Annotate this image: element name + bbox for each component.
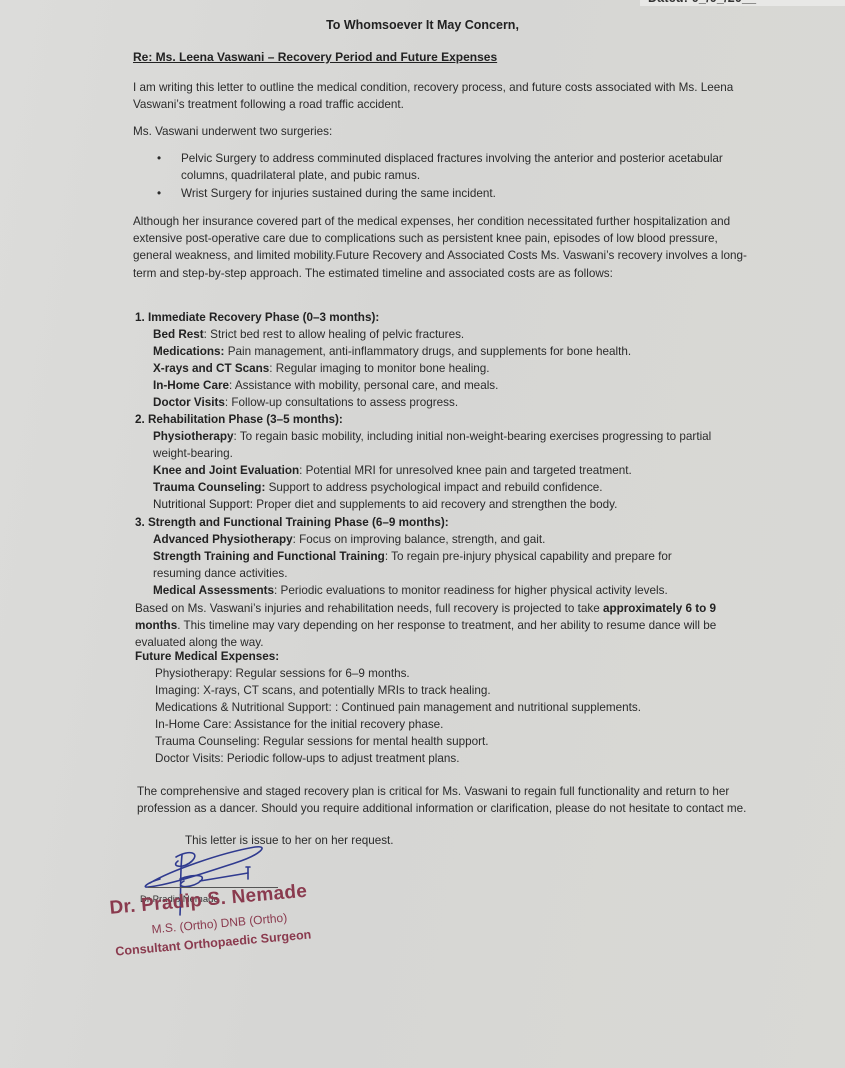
- stamp-title: Consultant Orthopaedic Surgeon: [115, 927, 312, 958]
- phase-item: Physiotherapy: To regain basic mobility,…: [135, 428, 755, 462]
- expense-item: Doctor Visits: Periodic follow-ups to ad…: [135, 750, 755, 767]
- item-text: Periodic evaluations to monitor readines…: [281, 584, 668, 597]
- item-text: Pain management, anti-inflammatory drugs…: [228, 345, 631, 358]
- item-label: Nutritional Support:: [153, 498, 253, 511]
- phase-2: 2. Rehabilitation Phase (3–5 months): Ph…: [135, 411, 755, 513]
- phase-item: Doctor Visits: Follow-up consultations t…: [135, 394, 755, 411]
- phase-item: Strength Training and Functional Trainin…: [135, 548, 755, 582]
- item-label: Strength Training and Functional Trainin…: [153, 550, 385, 563]
- phase-item: Trauma Counseling: Support to address ps…: [135, 479, 755, 496]
- phase-1: 1. Immediate Recovery Phase (0–3 months)…: [135, 309, 755, 411]
- phase-item: Medications: Pain management, anti-infla…: [135, 343, 755, 360]
- surgery-list: • Pelvic Surgery to address comminuted d…: [155, 150, 755, 203]
- item-text: Proper diet and supplements to aid recov…: [256, 498, 617, 511]
- item-label: Doctor Visits: [153, 396, 225, 409]
- item-label: Medical Assessments: [153, 584, 274, 597]
- expense-item: Imaging: X-rays, CT scans, and potential…: [135, 682, 755, 699]
- phase-item: X-rays and CT Scans: Regular imaging to …: [135, 360, 755, 377]
- phase-title: 3. Strength and Functional Training Phas…: [135, 514, 755, 531]
- subject-line: Re: Ms. Leena Vaswani – Recovery Period …: [133, 50, 497, 64]
- phase-item: Medical Assessments: Periodic evaluation…: [135, 582, 755, 599]
- item-label: Bed Rest: [153, 328, 204, 341]
- bullet-icon: •: [157, 185, 161, 202]
- item-text: Focus on improving balance, strength, an…: [299, 533, 545, 546]
- intro-paragraph: I am writing this letter to outline the …: [133, 79, 753, 113]
- letter-page: Dated: 0_/0_/20__ To Whomsoever It May C…: [0, 0, 845, 1068]
- salutation: To Whomsoever It May Concern,: [0, 18, 845, 32]
- surgery-text: Wrist Surgery for injuries sustained dur…: [181, 187, 496, 200]
- phase-item: Bed Rest: Strict bed rest to allow heali…: [135, 326, 755, 343]
- projection-text: . This timeline may vary depending on he…: [135, 619, 716, 649]
- expense-item: Physiotherapy: Regular sessions for 6–9 …: [135, 665, 755, 682]
- item-label: Advanced Physiotherapy: [153, 533, 293, 546]
- bullet-icon: •: [157, 150, 161, 167]
- phase-item: Knee and Joint Evaluation: Potential MRI…: [135, 462, 755, 479]
- phase-item: In-Home Care: Assistance with mobility, …: [135, 377, 755, 394]
- future-expenses: Future Medical Expenses: Physiotherapy: …: [135, 648, 755, 767]
- expenses-title: Future Medical Expenses:: [135, 648, 755, 665]
- projection-text: Based on Ms. Vaswani’s injuries and reha…: [135, 602, 603, 615]
- phase-item: Nutritional Support: Proper diet and sup…: [135, 496, 755, 513]
- item-label: Knee and Joint Evaluation: [153, 464, 299, 477]
- surgery-text: Pelvic Surgery to address comminuted dis…: [181, 152, 723, 182]
- item-text: Potential MRI for unresolved knee pain a…: [306, 464, 632, 477]
- expense-item: In-Home Care: Assistance for the initial…: [135, 716, 755, 733]
- phase-3: 3. Strength and Functional Training Phas…: [135, 514, 755, 599]
- item-label: Physiotherapy: [153, 430, 234, 443]
- item-label: Medications:: [153, 345, 224, 358]
- context-paragraph: Although her insurance covered part of t…: [133, 213, 753, 282]
- projection-paragraph: Based on Ms. Vaswani’s injuries and reha…: [135, 600, 755, 651]
- phase-title: 1. Immediate Recovery Phase (0–3 months)…: [135, 309, 755, 326]
- letter-date: Dated: 0_/0_/20__: [648, 0, 756, 5]
- phase-title: 2. Rehabilitation Phase (3–5 months):: [135, 411, 755, 428]
- expense-item: Trauma Counseling: Regular sessions for …: [135, 733, 755, 750]
- item-text: Regular imaging to monitor bone healing.: [276, 362, 490, 375]
- closing-paragraph: The comprehensive and staged recovery pl…: [137, 783, 757, 817]
- item-label: In-Home Care: [153, 379, 229, 392]
- surgery-item: • Wrist Surgery for injuries sustained d…: [155, 185, 755, 202]
- item-text: Strict bed rest to allow healing of pelv…: [210, 328, 464, 341]
- surgery-item: • Pelvic Surgery to address comminuted d…: [155, 150, 755, 184]
- phase-item: Advanced Physiotherapy: Focus on improvi…: [135, 531, 755, 548]
- surgeries-lead: Ms. Vaswani underwent two surgeries:: [133, 123, 753, 140]
- item-text: Support to address psychological impact …: [269, 481, 603, 494]
- expense-item: Medications & Nutritional Support: : Con…: [135, 699, 755, 716]
- item-text: Assistance with mobility, personal care,…: [235, 379, 499, 392]
- item-label: X-rays and CT Scans: [153, 362, 269, 375]
- item-label: Trauma Counseling:: [153, 481, 265, 494]
- item-text: Follow-up consultations to assess progre…: [231, 396, 458, 409]
